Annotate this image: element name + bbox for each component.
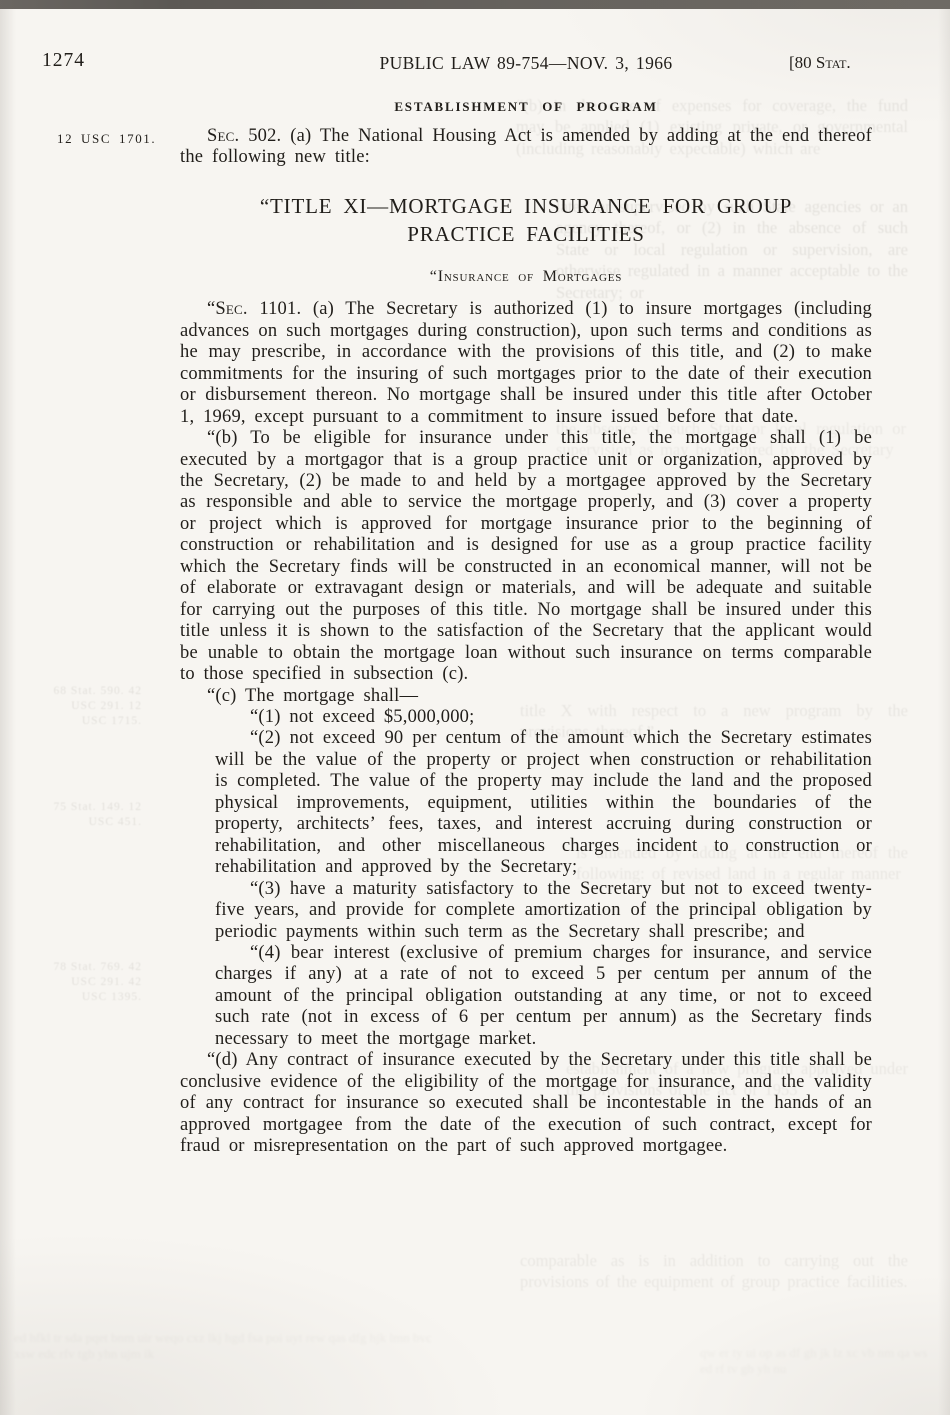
- margin-note-usc: 12 USC 1701.: [57, 131, 156, 147]
- scan-left-edge: [0, 0, 16, 1415]
- stat-word: Stat.: [816, 53, 851, 72]
- scan-noise: ed hfkl tr sda pqet bnm uir weqo cxz lkj…: [14, 1330, 444, 1410]
- title-xi-heading-line1: “TITLE XI—MORTGAGE INSURANCE FOR GROUP: [210, 192, 842, 221]
- clause-3: “(3) have a maturity satisfactory to the…: [215, 879, 872, 943]
- showthrough-margin-note: 75 Stat. 149. 12 USC 451.: [50, 800, 142, 830]
- sec-label: Sec.: [207, 126, 239, 146]
- stat-citation: [80 Stat.: [789, 53, 851, 73]
- clause-2: “(2) not exceed 90 per centum of the amo…: [215, 728, 872, 878]
- statute-page: “(b) in the case of expenses for coverag…: [0, 0, 950, 1415]
- page-number: 1274: [42, 50, 85, 72]
- insurance-of-mortgages-heading: “Insurance of Mortgages: [180, 266, 872, 287]
- paragraph-text: 1101. (a) The Secretary is authorized (1…: [180, 299, 872, 426]
- showthrough-text: comparable as is in addition to carrying…: [520, 1250, 908, 1293]
- paragraph-b: “(b) To be eligible for insurance under …: [180, 428, 872, 685]
- showthrough-margin-note: 78 Stat. 769. 42 USC 291. 42 USC 1395.: [50, 960, 142, 1005]
- running-head: PUBLIC LAW 89-754—NOV. 3, 1966: [180, 53, 872, 74]
- statute-text-column: Sec. 502. (a) The National Housing Act i…: [180, 126, 872, 1157]
- open-quote: “: [430, 268, 438, 285]
- stat-bracket: [80: [789, 53, 816, 72]
- section-heading-establishment: ESTABLISHMENT OF PROGRAM: [180, 99, 872, 115]
- clause-1: “(1) not exceed $5,000,000;: [215, 707, 872, 728]
- scan-right-edge: [938, 0, 950, 1415]
- paragraph-text: 502. (a) The National Housing Act is ame…: [180, 126, 872, 167]
- showthrough-margin-note: 68 Stat. 590. 42 USC 291. 12 USC 1715.: [50, 684, 142, 729]
- title-xi-heading-line2: PRACTICE FACILITIES: [210, 220, 842, 249]
- paragraph-sec502: Sec. 502. (a) The National Housing Act i…: [180, 126, 872, 169]
- clause-4: “(4) bear interest (exclusive of premium…: [215, 943, 872, 1050]
- scan-top-edge: [0, 0, 950, 9]
- heading-text: Insurance of Mortgages: [438, 268, 623, 285]
- scan-noise: qw er ty ui op as df gh jk lz xc vb nm q…: [700, 1345, 930, 1410]
- paragraph-d: “(d) Any contract of insurance executed …: [180, 1050, 872, 1157]
- paragraph-c: “(c) The mortgage shall—: [180, 686, 872, 707]
- paragraph-sec1101-a: “Sec. 1101. (a) The Secretary is authori…: [180, 299, 872, 428]
- sec-label: “Sec.: [207, 299, 248, 319]
